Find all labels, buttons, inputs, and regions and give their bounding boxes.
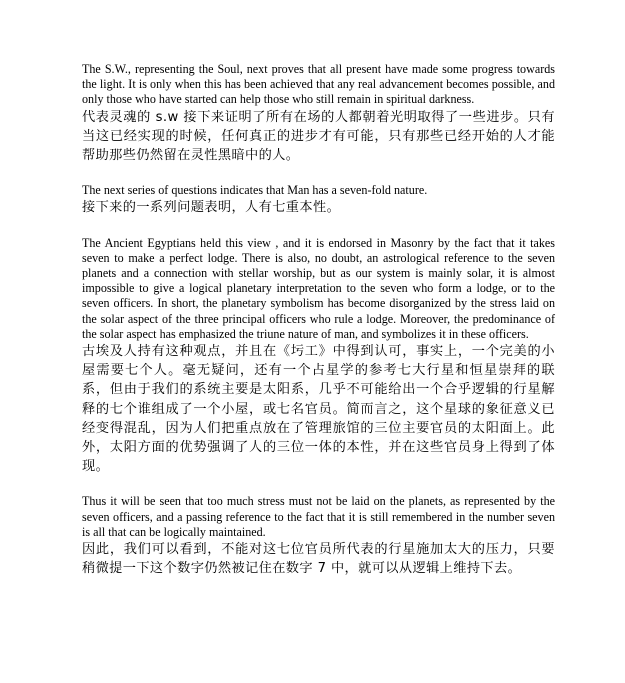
chinese-translation: 代表灵魂的 s.w 接下来证明了所有在场的人都朝着光明取得了一些进步。只有当这已… xyxy=(82,108,555,166)
chinese-translation: 因此，我们可以看到，不能对这七位官员所代表的行星施加太大的压力，只要稍微提一下这… xyxy=(82,540,555,578)
paragraph-soul-progress: The S.W., representing the Soul, next pr… xyxy=(82,62,555,165)
chinese-translation: 古埃及人持有这种观点，并且在《圬工》中得到认可，事实上，一个完美的小屋需要七个人… xyxy=(82,342,555,476)
chinese-translation: 接下来的一系列问题表明，人有七重本性。 xyxy=(82,198,555,217)
paragraph-spacer xyxy=(82,218,555,236)
paragraph-planets-stress: Thus it will be seen that too much stres… xyxy=(82,494,555,578)
english-text: Thus it will be seen that too much stres… xyxy=(82,494,555,540)
document-page: The S.W., representing the Soul, next pr… xyxy=(82,62,555,578)
paragraph-spacer xyxy=(82,476,555,494)
paragraph-spacer xyxy=(82,165,555,183)
paragraph-seven-fold-nature: The next series of questions indicates t… xyxy=(82,183,555,217)
english-text: The S.W., representing the Soul, next pr… xyxy=(82,62,555,108)
paragraph-ancient-egyptians: The Ancient Egyptians held this view , a… xyxy=(82,236,555,477)
english-text: The next series of questions indicates t… xyxy=(82,183,555,198)
english-text: The Ancient Egyptians held this view , a… xyxy=(82,236,555,342)
